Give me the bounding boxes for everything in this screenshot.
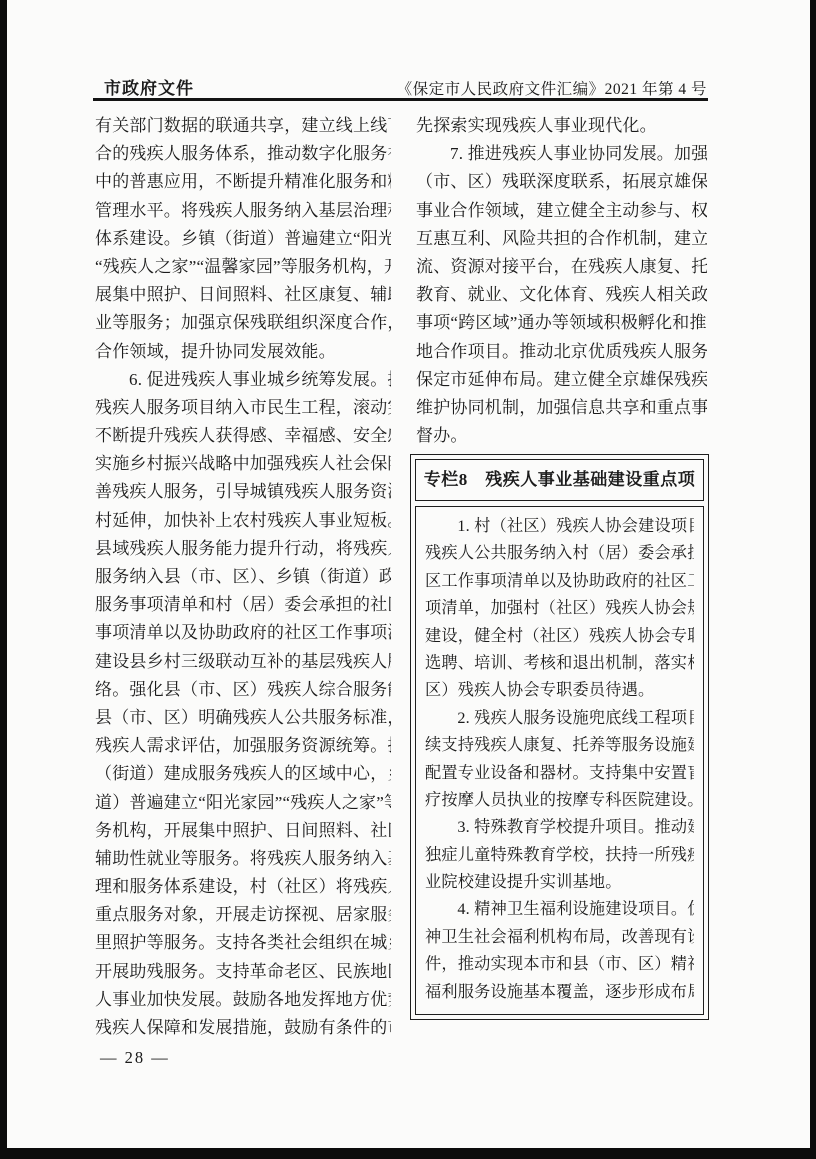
text-line: 续支持残疾人康复、托养等服务设施建设， [425,732,694,759]
text-line: 6. 促进残疾人事业城乡统筹发展。持续将 [95,366,391,394]
text-line: 件，推动实现本市和县（市、区）精神卫生 [425,951,694,978]
text-line: “残疾人之家”“温馨家园”等服务机构，开 [95,253,391,281]
text-line: 2. 残疾人服务设施兜底线工程项目。继 [425,705,694,732]
header-publication-title: 《保定市人民政府文件汇编》2021 年第 4 号 [397,77,707,99]
text-line: 疗按摩人员执业的按摩专科医院建设。 [425,787,694,814]
text-line: 流、资源对接平台，在残疾人康复、托养照护、 [416,253,707,281]
text-line: 3. 特殊教育学校提升项目。推动建立孤 [425,814,694,841]
text-line: 保定市延伸布局。建立健全京雄保残疾人权益 [416,366,707,394]
text-line: 中的普惠应用，不断提升精准化服务和精细化 [95,168,391,196]
text-line: 村延伸，加快补上农村残疾人事业短板。实施 [95,507,391,535]
scan-edge-left [0,0,7,1159]
text-line: 残疾人服务项目纳入市民生工程，滚动实施， [95,394,391,422]
text-line: 善残疾人服务，引导城镇残疾人服务资源向乡 [95,478,391,506]
text-line: 项清单，加强村（社区）残疾人协会规范化 [425,595,694,622]
text-line: 县（市、区）明确残疾人公共服务标准，开展 [95,704,391,732]
text-line: 先探索实现残疾人事业现代化。 [416,112,707,140]
text-line: 络。强化县（市、区）残疾人综合服务能力， [95,676,391,704]
page-number: — 28 — [100,1048,170,1068]
text-line: 道）普遍建立“阳光家园”“残疾人之家”等服 [95,789,391,817]
text-line: 7. 推进残疾人事业协同发展。加强各县 [416,140,707,168]
text-line: 互惠互利、风险共担的合作机制，建立人才交 [416,225,707,253]
text-line: 有关部门数据的联通共享，建立线上线下相结 [95,112,391,140]
scan-edge-right [810,0,816,1159]
scan-edge-bottom [0,1148,816,1159]
text-line: 务机构，开展集中照护、日间照料、社区康复、 [95,817,391,845]
text-line: （街道）建成服务残疾人的区域中心，乡镇（街 [95,760,391,788]
text-line: 残疾人需求评估，加强服务资源统筹。把乡镇 [95,732,391,760]
text-line: （市、区）残联深度联系，拓展京雄保残疾人 [416,168,707,196]
header-section-label: 市政府文件 [104,74,194,99]
text-line: 神卫生社会福利机构布局，改善现有设施条 [425,924,694,951]
text-line: 福利服务设施基本覆盖，逐步形成布局合理、 [425,979,694,1006]
text-line: 督办。 [416,422,707,450]
right-column-text: 先探索实现残疾人事业现代化。7. 推进残疾人事业协同发展。加强各县（市、区）残联… [416,112,707,450]
text-line: 区工作事项清单以及协助政府的社区工作事 [425,568,694,595]
column-box-title: 专栏8 残疾人事业基础建设重点项目 [415,459,704,501]
text-line: 残疾人公共服务纳入村（居）委会承担的社 [425,540,694,567]
text-line: 事业合作领域，建立健全主动参与、权责清晰、 [416,197,707,225]
header-divider-rule [93,98,708,101]
text-line: 合作领域，提升协同发展效能。 [95,338,391,366]
text-line: 区）残疾人协会专职委员待遇。 [425,677,694,704]
text-line: 事项“跨区域”通办等领域积极孵化和推动三 [416,309,707,337]
text-line: 开展助残服务。支持革命老区、民族地区残疾 [95,958,391,986]
left-column-text: 有关部门数据的联通共享，建立线上线下相结合的残疾人服务体系，推动数字化服务在助残… [95,112,391,1042]
text-line: 展集中照护、日间照料、社区康复、辅助性就 [95,281,391,309]
text-line: 人事业加快发展。鼓励各地发挥地方优势创新 [95,986,391,1014]
text-line: 残疾人保障和发展措施，鼓励有条件的市县率 [95,1014,391,1042]
text-line: 建设，健全村（社区）残疾人协会专职委员 [425,623,694,650]
text-line: 服务事项清单和村（居）委会承担的社区工作 [95,591,391,619]
text-line: 建设县乡村三级联动互补的基层残疾人服务网 [95,648,391,676]
text-line: 重点服务对象，开展走访探视、居家服务、邻 [95,901,391,929]
text-line: 4. 精神卫生福利设施建设项目。优化精 [425,896,694,923]
text-line: 辅助性就业等服务。将残疾人服务纳入基层治 [95,845,391,873]
text-line: 配置专业设备和器材。支持集中安置盲人医 [425,760,694,787]
text-line: 选聘、培训、考核和退出机制，落实村（社 [425,650,694,677]
text-line: 管理水平。将残疾人服务纳入基层治理和服务 [95,197,391,225]
text-line: 独症儿童特殊教育学校，扶持一所残疾人职 [425,842,694,869]
text-line: 地合作项目。推动北京优质残疾人服务资源向 [416,338,707,366]
text-line: 事项清单以及协助政府的社区工作事项清单， [95,619,391,647]
text-line: 业等服务；加强京保残联组织深度合作，拓展 [95,309,391,337]
text-line: 里照护等服务。支持各类社会组织在城乡社区 [95,929,391,957]
text-line: 业院校建设提升实训基地。 [425,869,694,896]
document-page: 市政府文件 《保定市人民政府文件汇编》2021 年第 4 号 有关部门数据的联通… [0,0,816,1159]
text-line: 理和服务体系建设，村（社区）将残疾人作为 [95,873,391,901]
text-line: 服务纳入县（市、区）、乡镇（街道）政府公共 [95,563,391,591]
text-line: 维护协同机制，加强信息共享和重点事项联合 [416,394,707,422]
text-line: 1. 村（社区）残疾人协会建设项目。将 [425,513,694,540]
text-line: 不断提升残疾人获得感、幸福感、安全感。在 [95,422,391,450]
text-line: 县域残疾人服务能力提升行动，将残疾人公共 [95,535,391,563]
column-box-body: 1. 村（社区）残疾人协会建设项目。将残疾人公共服务纳入村（居）委会承担的社区工… [415,506,704,1015]
text-line: 体系建设。乡镇（街道）普遍建立“阳光家园” [95,225,391,253]
text-line: 合的残疾人服务体系，推动数字化服务在助残 [95,140,391,168]
text-line: 教育、就业、文化体育、残疾人相关政务服务 [416,281,707,309]
text-line: 实施乡村振兴战略中加强残疾人社会保障，改 [95,450,391,478]
column-box-8: 专栏8 残疾人事业基础建设重点项目 1. 村（社区）残疾人协会建设项目。将残疾人… [410,454,709,1020]
